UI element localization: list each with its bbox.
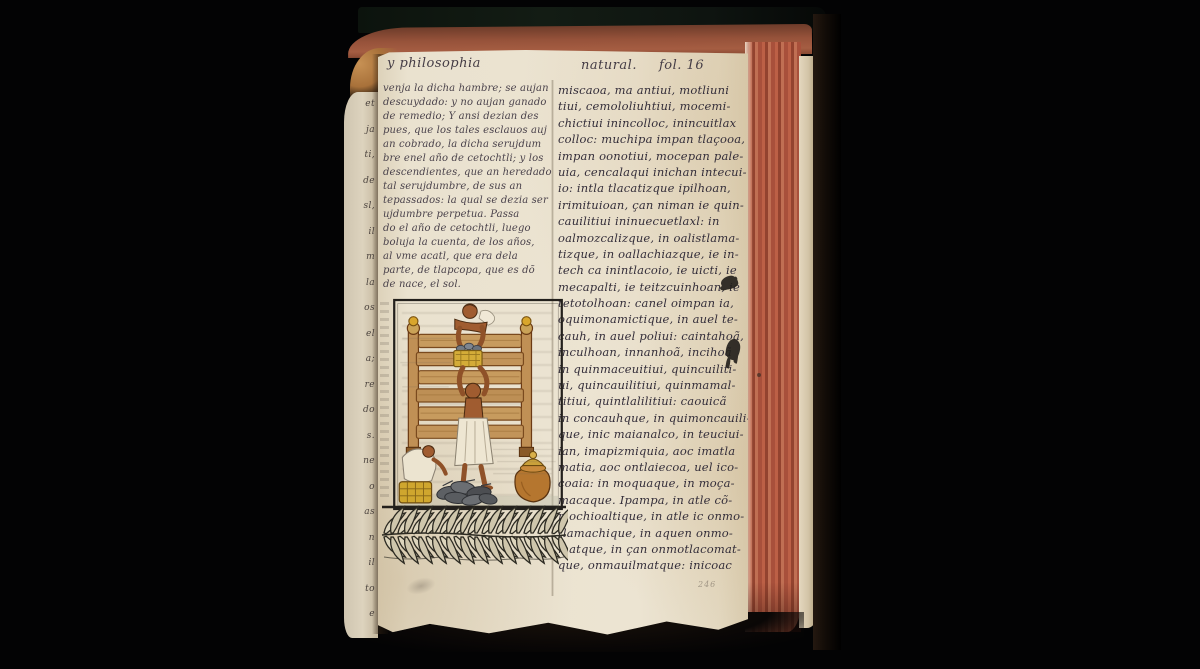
manuscript-page: y philosophia natural. fol. 16 venja la … (378, 50, 748, 638)
ink-smudge (404, 574, 437, 597)
spanish-text-line: venja la dicha hambre; se aujan (383, 82, 549, 96)
fore-edge-speck (757, 373, 761, 377)
spanish-text-column: venja la dicha hambre; se aujandescuydad… (383, 82, 549, 292)
leaf-ornament-band (380, 505, 568, 569)
nahuatl-text-line: irimituioan, çan niman ie quin- (558, 197, 744, 213)
nahuatl-text-line: matque, in çan onmotlacomat- (558, 541, 744, 557)
nahuatl-text-line: tizque, in oallachiazque, ie in- (558, 246, 744, 262)
storage-basket (399, 482, 431, 503)
nahuatl-text-line: mecapalti, ie teitzcuinhoan, ie (558, 279, 744, 295)
nahuatl-text-line: io: intla tlacatizque ipilhoan, (558, 180, 744, 196)
man-with-raised-arms (455, 368, 493, 491)
maize-basket (454, 343, 482, 366)
spanish-text-line: boluja la cuenta, de los años, (383, 236, 549, 250)
manuscript-photo: etjati,desl,ilmlaosela;redos.neoasniltoe… (0, 0, 1200, 669)
nahuatl-text-line: chictiui inincolloc, inincuitlax (558, 115, 744, 131)
spanish-text-line: pues, que los tales esclauos auj (383, 124, 549, 138)
book: etjati,desl,ilmlaosela;redos.neoasniltoe… (0, 0, 1200, 669)
nahuatl-text-line: que, inic maianalco, in teuciui- (558, 426, 744, 442)
spanish-text-line: descuydado: y no aujan ganado (383, 96, 549, 110)
nahuatl-text-line: cauilitiui ininuecuetlaxl: in (558, 213, 744, 229)
nahuatl-text-line: ian, imapizmiquia, aoc imatla (558, 443, 744, 459)
nahuatl-text-line: in quinmaceuitiui, quincuiliti- (558, 361, 744, 377)
nahuatl-text-line: tlamachique, in aquen onmo- (558, 525, 744, 541)
nahuatl-text-line: colloc: muchipa impan tlaçooa, (558, 131, 744, 147)
faint-folio-stamp: 246 (698, 580, 716, 589)
white-skirt (455, 418, 493, 465)
spanish-text-line: bre enel año de cetochtli; y los (383, 152, 549, 166)
illustration-corn-crib-scene (392, 298, 564, 512)
nahuatl-text-line: inculhoan, innanhoã, incihoã (558, 344, 744, 360)
spanish-text-line: parte, de tlapcopa, que es dõ (383, 264, 549, 278)
spanish-text-line: descendientes, que an heredado (383, 166, 549, 180)
crouching-figure (402, 446, 445, 483)
folio-number: fol. 16 (659, 58, 704, 73)
nahuatl-text-column: miscaoa, ma antiui, motliunitiui, cemolo… (558, 82, 744, 574)
nahuatl-text-line: oalmozcalizque, in oalistlama- (558, 230, 744, 246)
header-title-center: natural. (581, 58, 637, 73)
nahuatl-text-line: in concauhque, in quimoncauili- (558, 410, 744, 426)
spanish-text-line: al vme acatl, que era dela (383, 250, 549, 264)
nahuatl-text-line: ui, quincauilitiui, quinmamal- (558, 377, 744, 393)
pot-lid (522, 459, 543, 466)
spanish-text-line: an cobrado, la dicha serujdum (383, 138, 549, 152)
spanish-text-line: de nace, el sol. (383, 278, 549, 292)
nahuatl-text-line: macaque. Ipampa, in atle cõ- (558, 492, 744, 508)
nahuatl-text-line: impan oonotiui, mocepan pale- (558, 148, 744, 164)
nahuatl-text-line: tetotolhoan: canel oimpan ia, (558, 295, 744, 311)
ink-bleedthrough-margin (380, 302, 389, 502)
spanish-text-line: ujdumbre perpetua. Passa (383, 208, 549, 222)
nahuatl-text-line: coaia: in moquaque, in moça- (558, 475, 744, 491)
book-fore-edge (745, 42, 801, 632)
nahuatl-text-line: tech ca inintlacoio, ie uicti, ie (558, 262, 744, 278)
nahuatl-text-line: titiui, quintlalilitiui: caouicã (558, 393, 744, 409)
nahuatl-text-line: miscaoa, ma antiui, motliuni (558, 82, 744, 98)
nahuatl-text-line: mochioaltique, in atle ic onmo- (558, 508, 744, 524)
spanish-text-line: do el año de cetochtli, luego (383, 222, 549, 236)
header-title-left: y philosophia (387, 56, 481, 71)
nahuatl-text-line: cauh, in auel poliui: caintahoã, (558, 328, 744, 344)
nahuatl-text-line: que, onmauilmatque: inicoac (558, 557, 744, 573)
nahuatl-text-line: matia, aoc ontlaiecoa, uel ico- (558, 459, 744, 475)
clay-pot (515, 451, 550, 501)
spanish-text-line: tepassados: la qual se dezia ser (383, 194, 549, 208)
spanish-text-line: tal serujdumbre, de sus an (383, 180, 549, 194)
spanish-text-line: de remedio; Y ansi dezian des (383, 110, 549, 124)
nahuatl-text-line: oquimonamictique, in auel te- (558, 311, 744, 327)
book-cover-right (813, 14, 841, 650)
post-knob-right (522, 317, 531, 326)
nahuatl-text-line: tiui, cemololiuhtiui, mocemi- (558, 98, 744, 114)
post-knob-left (409, 317, 418, 326)
running-header: y philosophia natural. fol. 16 (378, 56, 748, 78)
nahuatl-text-line: uia, cencalaqui inichan intecui- (558, 164, 744, 180)
